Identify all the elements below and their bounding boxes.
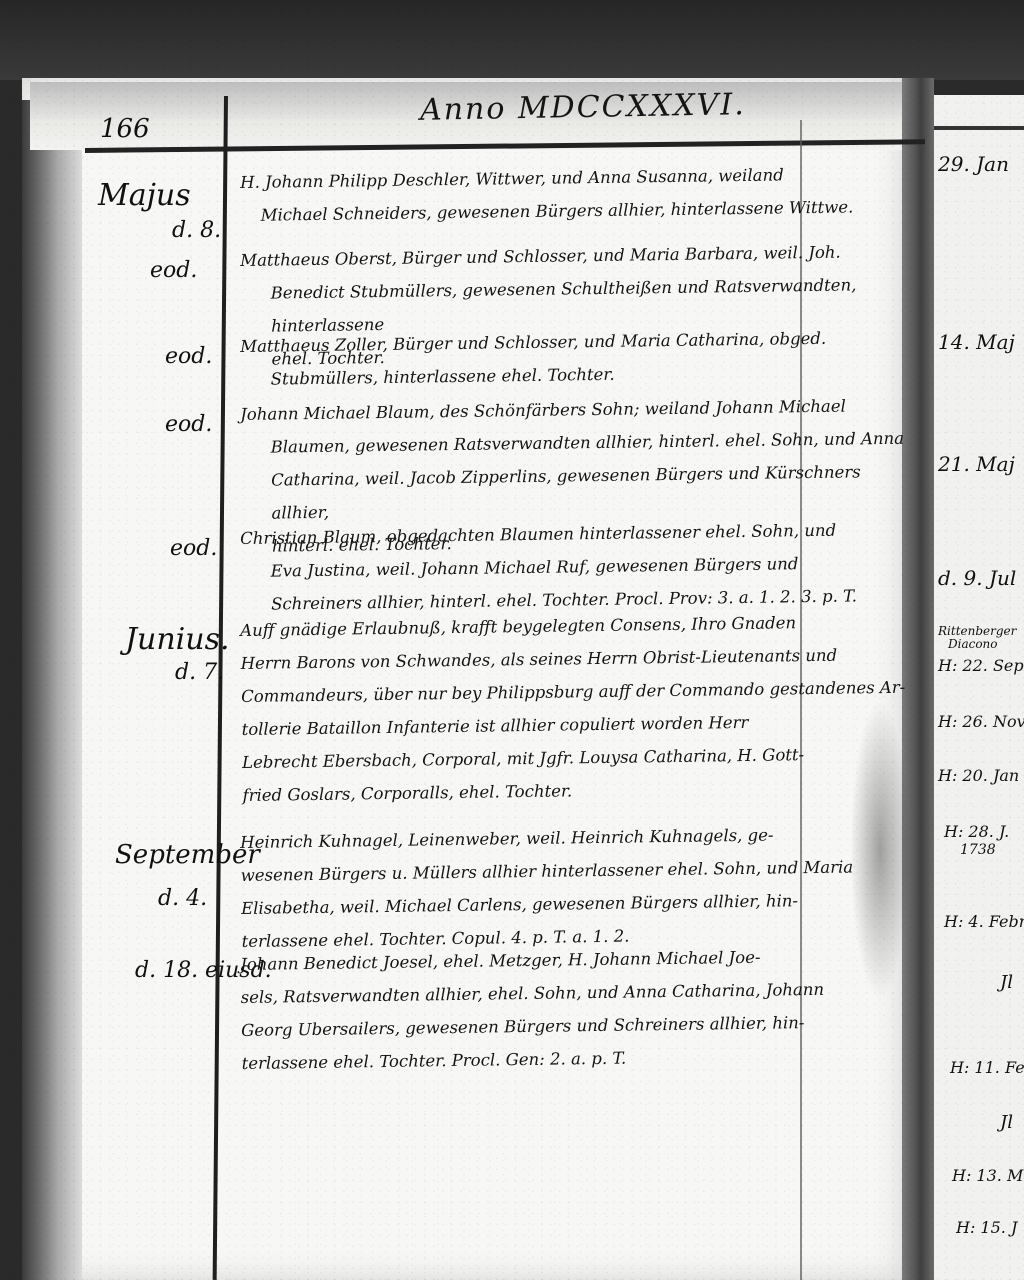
facing-page-fragment: Jl	[1000, 1112, 1013, 1133]
marriage-entry: Heinrich Kuhnagel, Leinenweber, weil. He…	[240, 817, 912, 958]
facing-page-date: H: 13. Maj	[952, 1166, 1024, 1185]
facing-page-date: H: 4. Febr	[944, 912, 1024, 931]
margin-month-june: Junius.	[125, 622, 230, 657]
facing-header-rule	[934, 126, 1024, 130]
facing-page	[934, 95, 1024, 1280]
facing-page-date: 21. Maj	[938, 452, 1015, 476]
margin-day: d. 7.	[175, 660, 224, 685]
facing-page-date: H: 28. J.	[944, 822, 1009, 841]
page-number: 166	[100, 114, 150, 144]
facing-page-date: 14. Maj	[938, 330, 1015, 354]
facing-page-date: 29. Jan	[938, 152, 1009, 176]
margin-month-september: September	[115, 840, 260, 870]
facing-page-date: d. 9. Jul	[938, 566, 1016, 590]
marriage-entry: Christian Blaum, obgedachten Blaumen hin…	[240, 513, 911, 621]
margin-eodem: eod.	[165, 344, 212, 369]
margin-month-may: Majus	[98, 178, 191, 213]
facing-page-date: H: 22. Sep	[938, 656, 1024, 675]
facing-page-date: H: 11. Feb	[950, 1058, 1024, 1077]
facing-page-note: Diacono	[948, 638, 998, 651]
scan-background-top	[0, 0, 1024, 80]
facing-page-date: H: 20. Jan	[938, 766, 1019, 785]
facing-page-date: H: 15. J	[956, 1218, 1017, 1237]
margin-eodem: eod.	[170, 536, 217, 561]
facing-page-year: 1738	[960, 842, 996, 858]
margin-eodem: eod.	[150, 258, 197, 283]
marriage-entry: Matthaeus Zoller, Bürger und Schlosser, …	[240, 321, 911, 396]
marriage-entry: H. Johann Philipp Deschler, Wittwer, und…	[240, 157, 911, 232]
margin-day: d. 4.	[158, 886, 207, 911]
margin-eodem: eod.	[165, 412, 212, 437]
year-heading: Anno MDCCXXXVI.	[420, 87, 746, 128]
marriage-entry: Auff gnädige Erlaubnuß, krafft beygelegt…	[240, 605, 913, 812]
book-binding-edge	[22, 100, 82, 1280]
facing-page-fragment: Jl	[1000, 972, 1013, 993]
marriage-entry: Johann Benedict Joesel, ehel. Metzger, H…	[240, 939, 912, 1080]
facing-page-date: H: 26. Nove	[938, 712, 1024, 731]
margin-day: d. 8.	[172, 218, 221, 243]
